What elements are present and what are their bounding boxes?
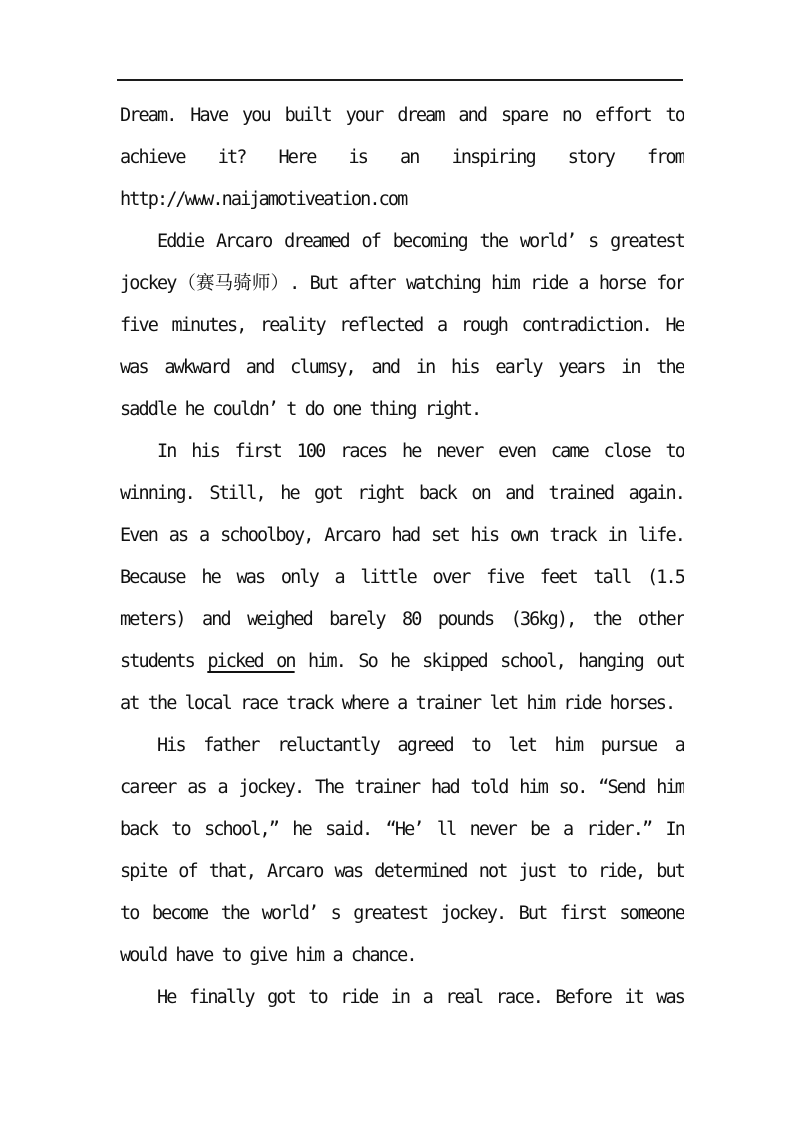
text-run: His father reluctantly agreed to let him…: [157, 735, 684, 756]
text-line: His father reluctantly agreed to let him…: [120, 725, 684, 767]
text-run: Eddie Arcaro dreamed of becoming the wor…: [157, 231, 684, 252]
text-run: http://www.naijamotiveation.com: [120, 189, 406, 210]
text-line: achieve it? Here is an inspiring story f…: [120, 137, 684, 179]
passage-body: Dream. Have you built your dream and spa…: [120, 95, 684, 1019]
text-line: Even as a schoolboy, Arcaro had set his …: [120, 515, 684, 557]
text-run: at the local race track where a trainer …: [120, 693, 674, 714]
text-run: jockey（赛马骑师）. But after watching him rid…: [120, 273, 684, 294]
text-line: would have to give him a chance.: [120, 935, 684, 977]
text-run: five minutes, reality reflected a rough …: [120, 315, 684, 336]
text-run: achieve it? Here is an inspiring story f…: [120, 147, 684, 168]
text-line: http://www.naijamotiveation.com: [120, 179, 684, 221]
text-run: him. So he skipped school, hanging out: [295, 651, 684, 672]
text-run: would have to give him a chance.: [120, 945, 416, 966]
text-run: back to school,” he said. “He’ ll never …: [120, 819, 684, 840]
text-run: career as a jockey. The trainer had told…: [120, 777, 684, 798]
text-run: He finally got to ride in a real race. B…: [157, 987, 684, 1008]
text-run: saddle he couldn’ t do one thing right.: [120, 399, 480, 420]
text-line: Because he was only a little over five f…: [120, 557, 684, 599]
text-line: In his first 100 races he never even cam…: [120, 431, 684, 473]
text-run: students: [120, 651, 207, 672]
text-line: meters) and weighed barely 80 pounds (36…: [120, 599, 684, 641]
top-horizontal-rule: [117, 79, 683, 81]
text-run: winning. Still, he got right back on and…: [120, 483, 684, 504]
text-run: to become the world’ s greatest jockey. …: [120, 903, 684, 924]
text-line: was awkward and clumsy, and in his early…: [120, 347, 684, 389]
text-line: students picked on him. So he skipped sc…: [120, 641, 684, 683]
text-line: saddle he couldn’ t do one thing right.: [120, 389, 684, 431]
text-line: He finally got to ride in a real race. B…: [120, 977, 684, 1019]
text-run: was awkward and clumsy, and in his early…: [120, 357, 684, 378]
text-run: spite of that, Arcaro was determined not…: [120, 861, 684, 882]
text-line: Eddie Arcaro dreamed of becoming the wor…: [120, 221, 684, 263]
text-run: Dream. Have you built your dream and spa…: [120, 105, 684, 126]
text-run: In his first 100 races he never even cam…: [157, 441, 684, 462]
text-run: meters) and weighed barely 80 pounds (36…: [120, 609, 684, 630]
underlined-phrase: picked on: [207, 651, 294, 672]
text-run: Because he was only a little over five f…: [120, 567, 684, 588]
text-line: Dream. Have you built your dream and spa…: [120, 95, 684, 137]
text-line: jockey（赛马骑师）. But after watching him rid…: [120, 263, 684, 305]
text-line: spite of that, Arcaro was determined not…: [120, 851, 684, 893]
text-line: career as a jockey. The trainer had told…: [120, 767, 684, 809]
text-line: back to school,” he said. “He’ ll never …: [120, 809, 684, 851]
document-page: Dream. Have you built your dream and spa…: [0, 0, 800, 1132]
text-line: winning. Still, he got right back on and…: [120, 473, 684, 515]
text-line: five minutes, reality reflected a rough …: [120, 305, 684, 347]
text-run: Even as a schoolboy, Arcaro had set his …: [120, 525, 684, 546]
text-line: to become the world’ s greatest jockey. …: [120, 893, 684, 935]
text-line: at the local race track where a trainer …: [120, 683, 684, 725]
